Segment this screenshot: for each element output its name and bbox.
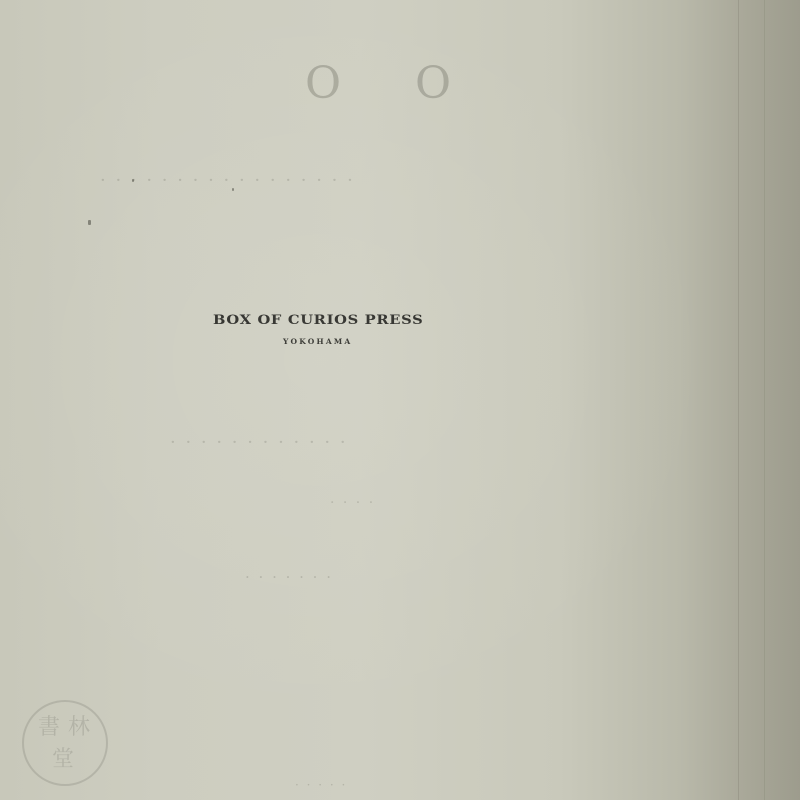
show-through-line: · · · · · · · · · · · · · · · · · bbox=[100, 170, 355, 191]
show-through-line: · · · · · · · · · · · · bbox=[170, 432, 348, 453]
show-through-line: · · · · · bbox=[295, 778, 347, 792]
show-through-line: · · · · · · · bbox=[245, 568, 333, 586]
publisher-name: BOX OF CURIOS PRESS bbox=[213, 313, 423, 328]
paper-speck bbox=[232, 188, 234, 191]
book-page: O O · · · · · · · · · · · · · · · · · · … bbox=[0, 0, 800, 800]
show-through-numeral: O O bbox=[305, 58, 481, 109]
stamp-glyph: 林 bbox=[68, 710, 90, 741]
paper-speck bbox=[132, 179, 134, 182]
page-edge-line bbox=[738, 0, 739, 800]
page-edge-line bbox=[764, 0, 765, 800]
paper-speck bbox=[88, 220, 91, 225]
stamp-glyph: 書 bbox=[38, 710, 60, 741]
show-through-line: · · · · bbox=[330, 495, 375, 511]
seal-stamp: 書 林 堂 bbox=[22, 700, 108, 786]
publisher-city: YOKOHAMA bbox=[283, 337, 352, 346]
stamp-glyph: 堂 bbox=[52, 742, 74, 773]
